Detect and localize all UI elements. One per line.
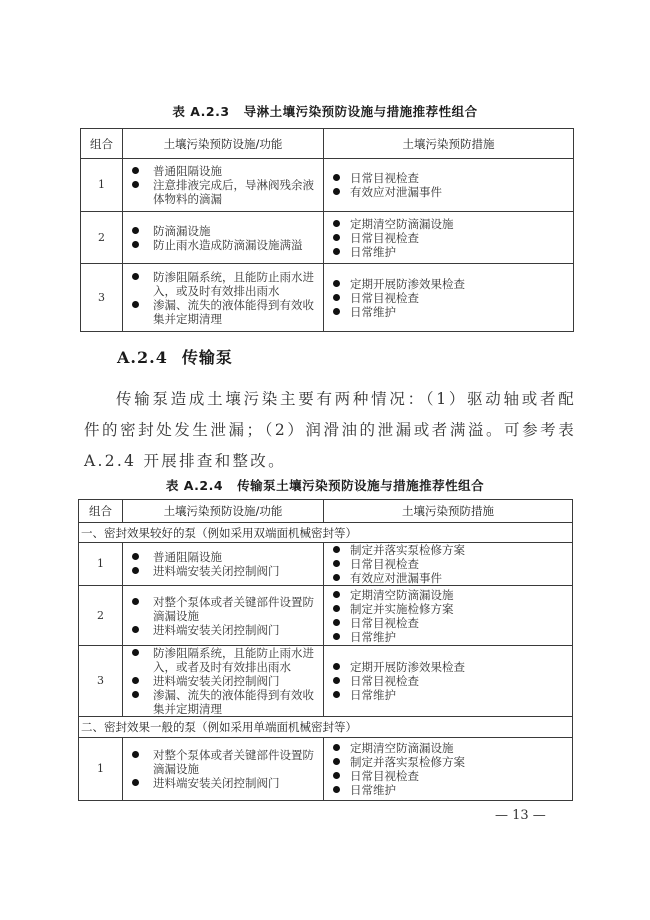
measure-item: 日常目视检查 <box>324 557 572 571</box>
group-row: 一、密封效果较好的泵（例如采用双端面机械密封等） <box>79 523 573 543</box>
facility-item: 对整个泵体或者关键部件设置防滴漏设施 <box>123 595 323 623</box>
measures-cell: 定期开展防渗效果检查 日常目视检查 日常维护 <box>324 264 574 332</box>
facility-item: 渗漏、流失的液体能得到有效收集并定期清理 <box>123 688 323 716</box>
facility-item: 普通阻隔设施 <box>123 550 323 564</box>
facility-item: 防止雨水造成防滴漏设施满溢 <box>123 238 323 252</box>
measure-item: 定期开展防渗效果检查 <box>324 660 572 674</box>
facilities-cell: 防滴漏设施 防止雨水造成防滴漏设施满溢 <box>123 212 324 264</box>
row-index: 3 <box>79 646 123 717</box>
row-index: 1 <box>79 738 123 801</box>
measures-cell: 定期清空防滴漏设施 日常目视检查 日常维护 <box>324 212 574 264</box>
table-a23-caption-title: 导淋土壤污染预防设施与措施推荐性组合 <box>244 104 478 119</box>
facilities-cell: 对整个泵体或者关键部件设置防滴漏设施 进料端安装关闭控制阀门 <box>123 586 324 646</box>
measure-item: 日常目视检查 <box>324 231 573 245</box>
measure-item: 有效应对泄漏事件 <box>324 571 572 585</box>
table-a24-caption-title: 传输泵土壤污染预防设施与措施推荐性组合 <box>237 478 484 493</box>
table-a23-header-row: 组合 土壤污染预防设施/功能 土壤污染预防措施 <box>81 129 574 159</box>
facility-item: 防渗阻隔系统，且能防止雨水进入，或及时有效排出雨水 <box>123 270 323 298</box>
facilities-cell: 防渗阻隔系统，且能防止雨水进入，或者及时有效排出雨水 进料端安装关闭控制阀门 渗… <box>123 646 324 717</box>
measure-item: 定期清空防滴漏设施 <box>324 217 573 231</box>
measures-cell: 定期清空防滴漏设施 制定并实施检修方案 日常目视检查 日常维护 <box>324 586 573 646</box>
row-index: 2 <box>79 586 123 646</box>
measure-item: 日常目视检查 <box>324 291 573 305</box>
table-a24-header-facilities: 土壤污染预防设施/功能 <box>123 500 324 523</box>
measure-item: 日常目视检查 <box>324 616 572 630</box>
facility-item: 普通阻隔设施 <box>123 164 323 178</box>
table-a23: 组合 土壤污染预防设施/功能 土壤污染预防措施 1 普通阻隔设施 注意排液完成后… <box>80 128 574 332</box>
table-row: 1 普通阻隔设施 注意排液完成后，导淋阀残余液体物料的滴漏 日常目视检查 有效应… <box>81 159 574 212</box>
facility-item: 进料端安装关闭控制阀门 <box>123 674 323 688</box>
facility-item: 渗漏、流失的液体能得到有效收集并定期清理 <box>123 298 323 326</box>
row-index: 1 <box>79 543 123 586</box>
measure-item: 制定并落实泵检修方案 <box>324 543 572 557</box>
table-a23-caption: 表 A.2.3导淋土壤污染预防设施与措施推荐性组合 <box>0 102 650 120</box>
measure-item: 定期开展防渗效果检查 <box>324 277 573 291</box>
table-a24: 组合 土壤污染预防设施/功能 土壤污染预防措施 一、密封效果较好的泵（例如采用双… <box>78 499 573 801</box>
measures-cell: 日常目视检查 有效应对泄漏事件 <box>324 159 574 212</box>
facility-item: 对整个泵体或者关键部件设置防滴漏设施 <box>123 748 323 776</box>
table-a24-caption: 表 A.2.4传输泵土壤污染预防设施与措施推荐性组合 <box>0 476 650 494</box>
table-a24-header-group: 组合 <box>79 500 123 523</box>
measure-item: 日常维护 <box>324 305 573 319</box>
group-label: 二、密封效果一般的泵（例如采用单端面机械密封等） <box>79 717 573 738</box>
measure-item: 有效应对泄漏事件 <box>324 185 573 199</box>
table-row: 1 对整个泵体或者关键部件设置防滴漏设施 进料端安装关闭控制阀门 定期清空防滴漏… <box>79 738 573 801</box>
facilities-cell: 普通阻隔设施 进料端安装关闭控制阀门 <box>123 543 324 586</box>
table-a24-header-measures: 土壤污染预防措施 <box>324 500 573 523</box>
measure-item: 定期清空防滴漏设施 <box>324 588 572 602</box>
measure-item: 日常目视检查 <box>324 674 572 688</box>
table-a23-header-measures: 土壤污染预防措施 <box>324 129 574 159</box>
measure-item: 定期清空防滴漏设施 <box>324 741 572 755</box>
table-a23-header-group: 组合 <box>81 129 123 159</box>
facility-item: 注意排液完成后，导淋阀残余液体物料的滴漏 <box>123 178 323 206</box>
section-heading: A.2.4传输泵 <box>117 345 233 368</box>
facilities-cell: 对整个泵体或者关键部件设置防滴漏设施 进料端安装关闭控制阀门 <box>123 738 324 801</box>
measures-cell: 定期开展防渗效果检查 日常目视检查 日常维护 <box>324 646 573 717</box>
table-row: 1 普通阻隔设施 进料端安装关闭控制阀门 制定并落实泵检修方案 日常目视检查 有… <box>79 543 573 586</box>
facility-item: 防渗阻隔系统，且能防止雨水进入，或者及时有效排出雨水 <box>123 646 323 674</box>
section-title: 传输泵 <box>182 348 233 367</box>
group-label: 一、密封效果较好的泵（例如采用双端面机械密封等） <box>79 523 573 543</box>
table-row: 2 防滴漏设施 防止雨水造成防滴漏设施满溢 定期清空防滴漏设施 日常目视检查 日… <box>81 212 574 264</box>
measure-item: 日常维护 <box>324 783 572 797</box>
row-index: 1 <box>81 159 123 212</box>
table-row: 3 防渗阻隔系统，且能防止雨水进入，或及时有效排出雨水 渗漏、流失的液体能得到有… <box>81 264 574 332</box>
table-a24-header-row: 组合 土壤污染预防设施/功能 土壤污染预防措施 <box>79 500 573 523</box>
table-row: 3 防渗阻隔系统，且能防止雨水进入，或者及时有效排出雨水 进料端安装关闭控制阀门… <box>79 646 573 717</box>
group-row: 二、密封效果一般的泵（例如采用单端面机械密封等） <box>79 717 573 738</box>
page-number: — 13 — <box>495 808 546 823</box>
table-row: 2 对整个泵体或者关键部件设置防滴漏设施 进料端安装关闭控制阀门 定期清空防滴漏… <box>79 586 573 646</box>
measure-item: 日常维护 <box>324 245 573 259</box>
measure-item: 日常维护 <box>324 630 572 644</box>
facility-item: 进料端安装关闭控制阀门 <box>123 564 323 578</box>
table-a23-header-facilities: 土壤污染预防设施/功能 <box>123 129 324 159</box>
section-number: A.2.4 <box>117 348 168 367</box>
measure-item: 日常目视检查 <box>324 171 573 185</box>
facilities-cell: 普通阻隔设施 注意排液完成后，导淋阀残余液体物料的滴漏 <box>123 159 324 212</box>
measures-cell: 定期清空防滴漏设施 制定并落实泵检修方案 日常目视检查 日常维护 <box>324 738 573 801</box>
row-index: 3 <box>81 264 123 332</box>
measure-item: 日常目视检查 <box>324 769 572 783</box>
facility-item: 进料端安装关闭控制阀门 <box>123 623 323 637</box>
measure-item: 制定并落实泵检修方案 <box>324 755 572 769</box>
row-index: 2 <box>81 212 123 264</box>
measure-item: 日常维护 <box>324 688 572 702</box>
table-a23-caption-number: 表 A.2.3 <box>172 104 229 119</box>
table-a24-caption-number: 表 A.2.4 <box>166 478 223 493</box>
facility-item: 进料端安装关闭控制阀门 <box>123 776 323 790</box>
section-paragraph: 传输泵造成土壤污染主要有两种情况：（1）驱动轴或者配件的密封处发生泄漏；（2）润… <box>84 384 576 477</box>
measures-cell: 制定并落实泵检修方案 日常目视检查 有效应对泄漏事件 <box>324 543 573 586</box>
measure-item: 制定并实施检修方案 <box>324 602 572 616</box>
facilities-cell: 防渗阻隔系统，且能防止雨水进入，或及时有效排出雨水 渗漏、流失的液体能得到有效收… <box>123 264 324 332</box>
facility-item: 防滴漏设施 <box>123 224 323 238</box>
